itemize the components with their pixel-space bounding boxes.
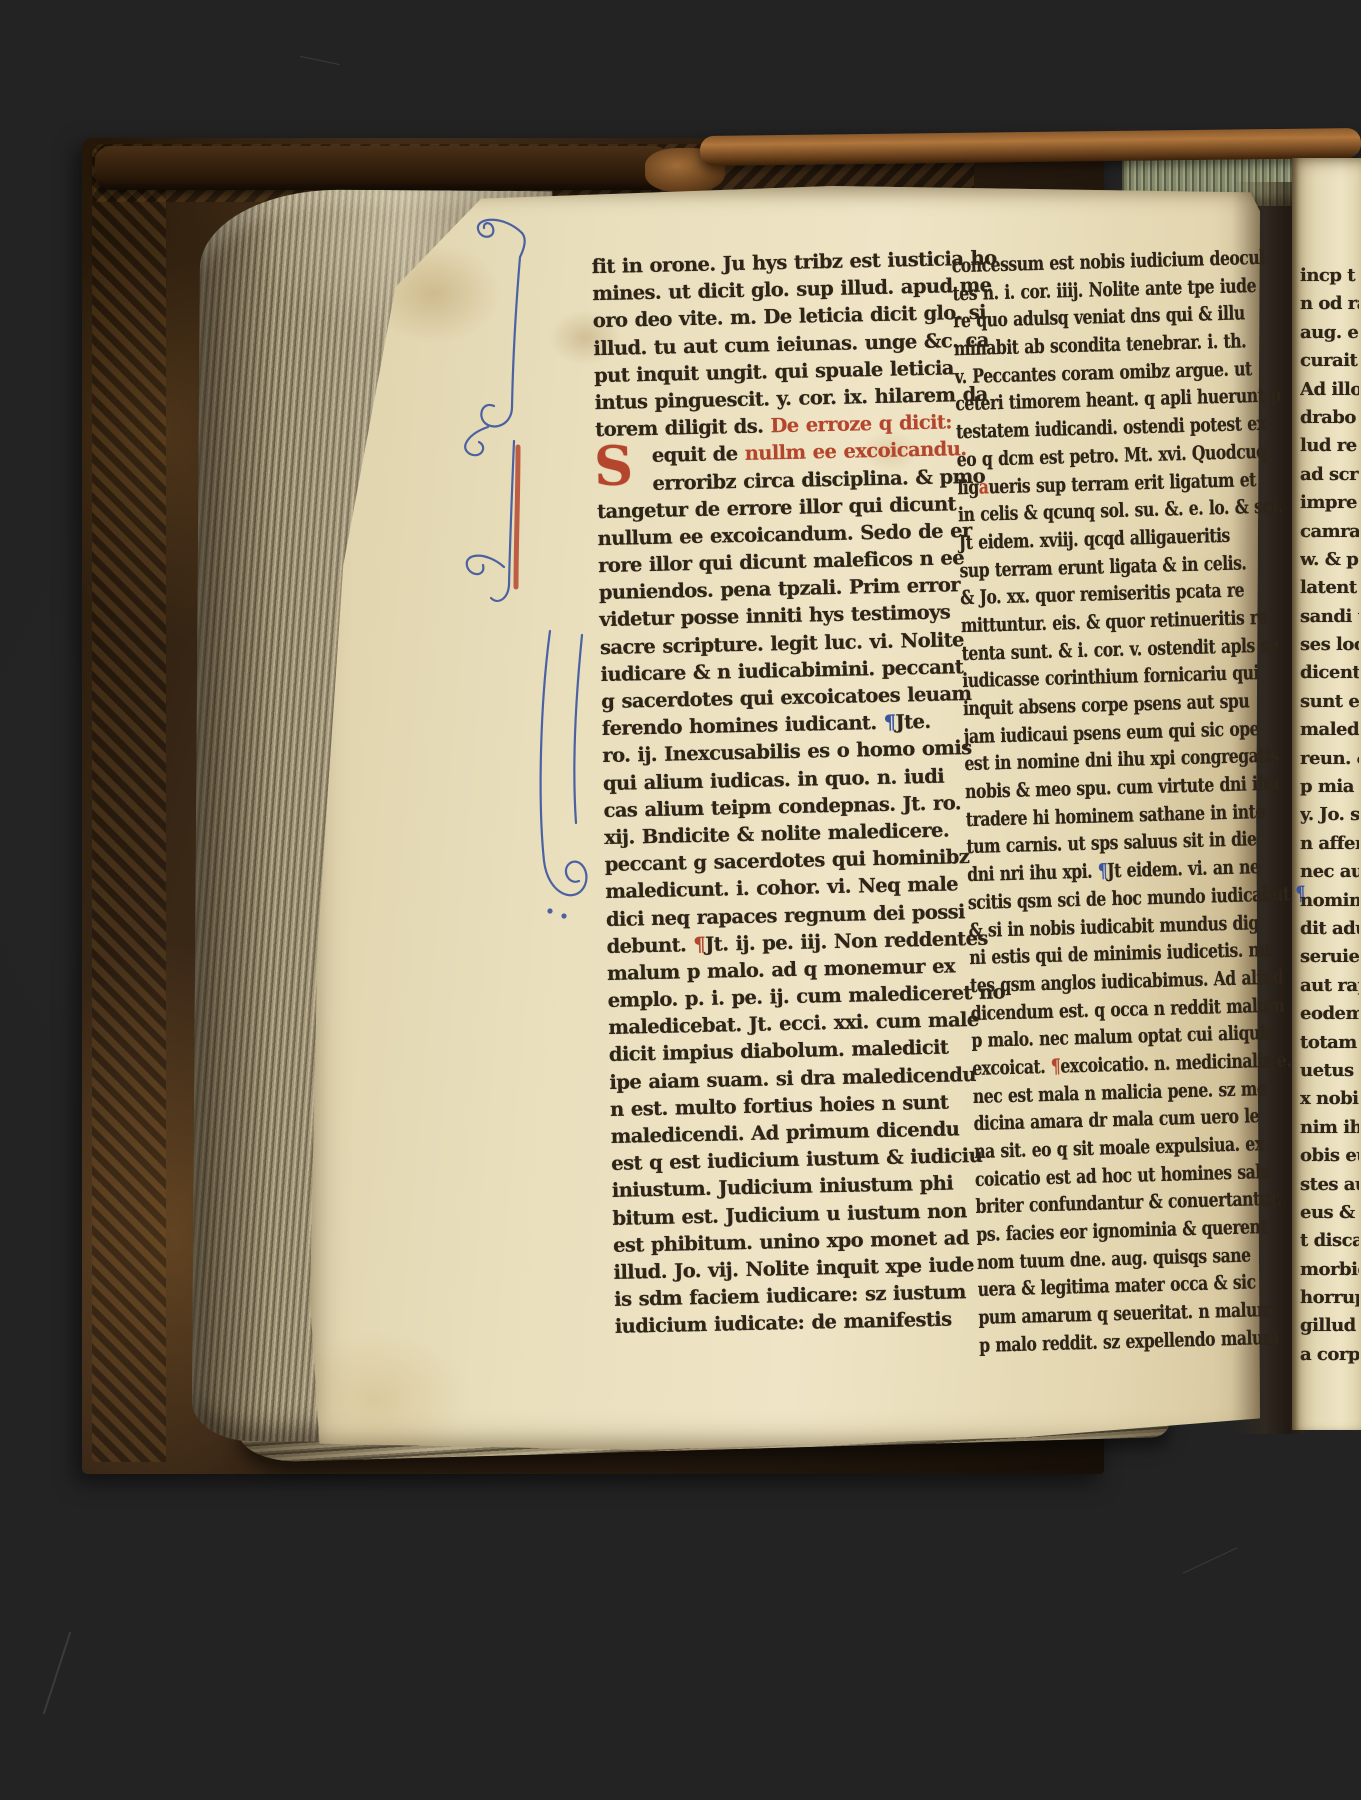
next-page-text-line: Ad illo [1300, 376, 1359, 404]
next-page-text-line: ad scr [1300, 461, 1359, 489]
spine-head-edge [95, 146, 670, 190]
background-scratch [300, 56, 339, 65]
next-page-text-line: morbida a g [1300, 1256, 1359, 1284]
rubric-text: De erroze q dicit: [770, 410, 952, 437]
paraph-mark: ¶ [883, 711, 895, 734]
next-page-text-line: x nobis p [1300, 1085, 1359, 1113]
next-page-text-line: uetus fer [1300, 1057, 1359, 1085]
next-page-text-line: p mia r [1300, 773, 1359, 801]
next-page-text: incp tn od raaug. ecuraitAd illodrabolud… [1300, 262, 1359, 1372]
next-page-text-line: y. Jo. si o [1300, 801, 1359, 829]
body-text: p malo reddit. sz expellendo malum [979, 1326, 1279, 1357]
tooled-border-left [92, 146, 166, 1462]
next-page-text-line: dicente [1300, 659, 1359, 687]
next-page-text-line: totam ma [1300, 1029, 1359, 1057]
next-page-text-line: eodem. Ne [1300, 1000, 1359, 1028]
body-text: equit de [652, 442, 745, 467]
body-text: Jt. ij. pe. iij. Non reddentes [705, 926, 988, 955]
next-page-text-line: stes auer [1300, 1171, 1359, 1199]
next-page-text-line: aut rapa [1300, 972, 1359, 1000]
body-text: torem diligit ds. [595, 414, 771, 441]
photo-background: S fit in orone. Ju hys tribz est iustici… [0, 0, 1361, 1800]
next-page-text-line: horrupcoi [1300, 1284, 1359, 1312]
next-page-text-line: sunt et [1300, 688, 1359, 716]
body-text: ueris sup terram erit ligatum et [988, 468, 1256, 498]
next-page-text-line: obis eung [1300, 1142, 1359, 1170]
background-scratch [1183, 1547, 1238, 1573]
next-page-text-line: dit adulr [1300, 915, 1359, 943]
next-page-text-line: w. & p o [1300, 546, 1359, 574]
next-page-text-line: a corpe ed [1300, 1341, 1359, 1369]
body-text: excoicatio. n. medicinalis e. [1060, 1048, 1292, 1077]
text-column-right: concessum est nobis iudicium deocultes n… [951, 245, 1261, 1360]
rubric-text: ¶ [693, 933, 705, 956]
rubric-text: a [978, 475, 988, 498]
next-page-text-line: camra [1300, 518, 1359, 546]
next-page-text-line: incp t [1300, 262, 1359, 290]
rubric-text: nullm ee excoicandu. [744, 437, 966, 465]
next-page-text-line: latent [1300, 574, 1359, 602]
next-page-text-line: nominat [1300, 887, 1359, 915]
next-page-text-line: sandi ul [1300, 603, 1359, 631]
body-text: dni nri ihu xpi. [967, 860, 1098, 887]
body-text: excoicat. [972, 1055, 1051, 1080]
body-text: ferendo homines iudicant. [602, 711, 884, 740]
next-page-text-line: seruiens. [1300, 943, 1359, 971]
body-text: Jte. [895, 710, 931, 734]
body-text: lig [957, 475, 979, 499]
next-page-text-line: nim ihm [1300, 1114, 1359, 1142]
next-page-text-line: lud re [1300, 432, 1359, 460]
next-page-text-line: nec aue e [1300, 858, 1359, 886]
background-scratch [43, 1632, 71, 1714]
next-page-text-line: curait [1300, 347, 1359, 375]
next-page-text-line: ses locis [1300, 631, 1359, 659]
body-text: Jt eidem. xviij. qcqd alligaueritis [959, 524, 1231, 554]
next-page-text-line: aug. e [1300, 319, 1359, 347]
next-page-text-line: drabo [1300, 404, 1359, 432]
next-page-text-line: n affert [1300, 830, 1359, 858]
body-text: Jt eidem. vi. an ne [1107, 855, 1260, 882]
next-page-text-line: gillud conue [1300, 1312, 1359, 1340]
text-column-left: fit in orone. Ju hys tribz est iusticia … [591, 245, 967, 1340]
next-page-text-line: t discant [1300, 1227, 1359, 1255]
next-page-text-line: reun. & a [1300, 745, 1359, 773]
body-text: debunt. [606, 933, 693, 958]
body-text: iudicium iudicate: de manifestis [615, 1308, 952, 1338]
next-page-text-line: eus & ale [1300, 1199, 1359, 1227]
text-block: S fit in orone. Ju hys tribz est iustici… [583, 239, 1268, 1413]
next-page-text-line: impre [1300, 489, 1359, 517]
next-page-text-line: maledr [1300, 716, 1359, 744]
next-page-text-line: n od ra [1300, 290, 1359, 318]
